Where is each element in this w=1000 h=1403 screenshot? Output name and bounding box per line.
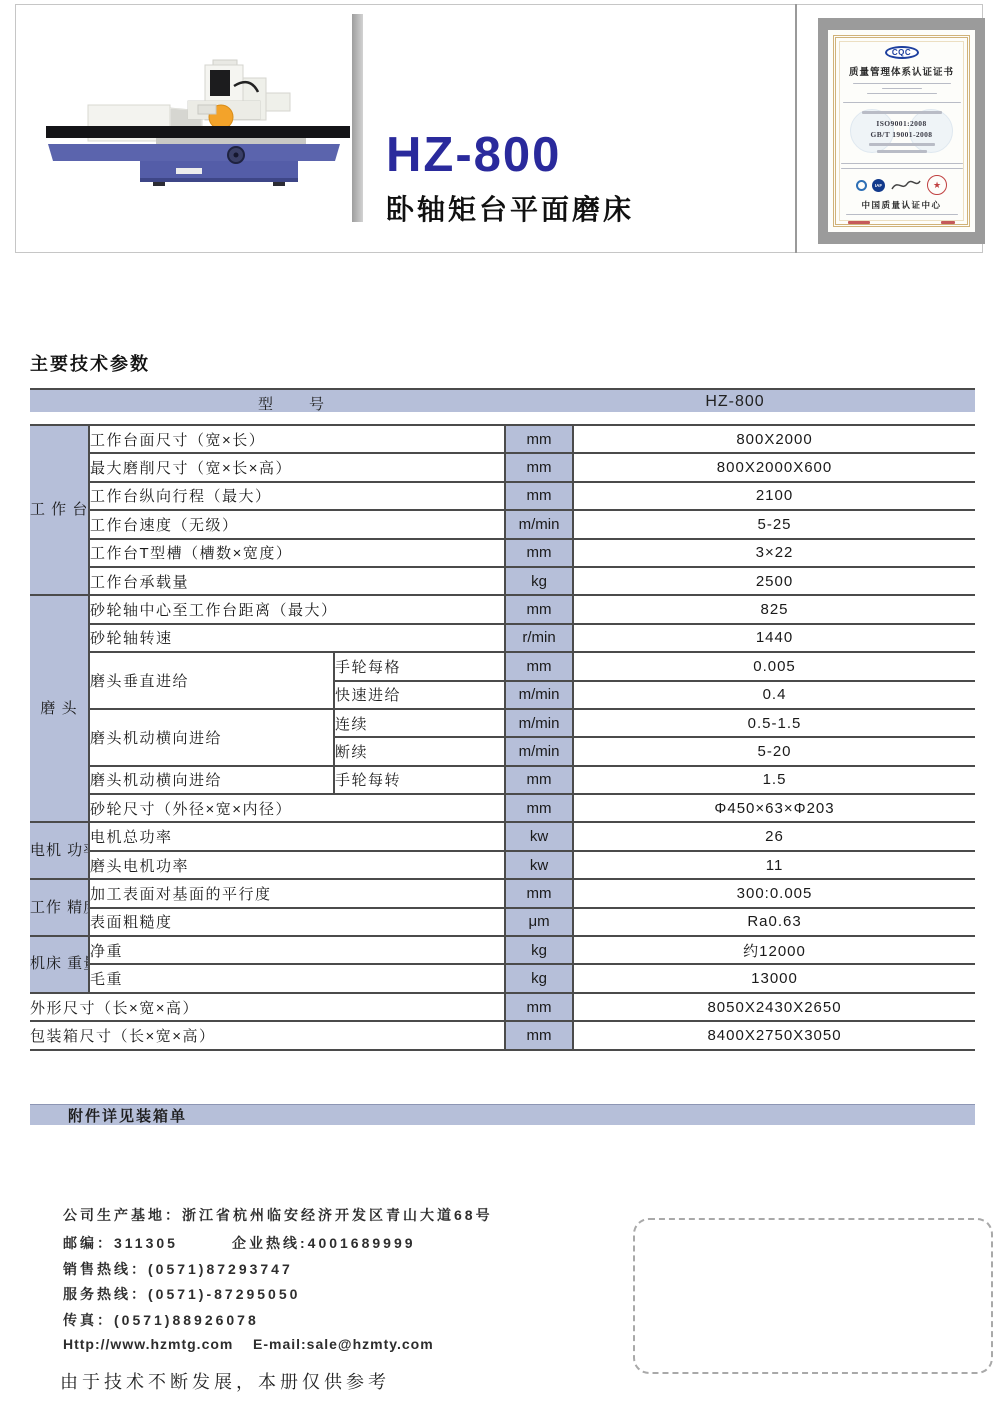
param-subname: 断续 (334, 737, 505, 765)
footer-email: E-mail:sale@hzmty.com (253, 1336, 434, 1352)
certificate-text-blur (867, 93, 937, 94)
param-unit: mm (505, 794, 573, 822)
param-name: 磨头电机功率 (89, 851, 505, 879)
certificate-text-blur (853, 83, 951, 84)
iaf-logo-icon: IAF (872, 179, 885, 192)
param-value: 5-20 (573, 737, 975, 765)
param-name: 外形尺寸（长×宽×高） (30, 993, 505, 1021)
table-row: 工 作 台 工作台面尺寸（宽×长） mm 800X2000 (30, 425, 975, 453)
param-value: 1.5 (573, 766, 975, 794)
param-unit: m/min (505, 681, 573, 709)
table-row: 最大磨削尺寸（宽×长×高） mm 800X2000X600 (30, 453, 975, 481)
param-value: 5-25 (573, 510, 975, 538)
table-row: 磨头电机功率 kw 11 (30, 851, 975, 879)
certificate-paper: CQC 质量管理体系认证证书 ISO9001:2008 GB/T 19001-2… (828, 30, 975, 232)
certificate-text-blur (862, 111, 942, 114)
param-unit: mm (505, 425, 573, 453)
param-value: 0.5-1.5 (573, 709, 975, 737)
param-subname: 快速进给 (334, 681, 505, 709)
spec-table: 工 作 台 工作台面尺寸（宽×长） mm 800X2000 最大磨削尺寸（宽×长… (30, 424, 975, 1051)
table-row: 工作台纵向行程（最大） mm 2100 (30, 482, 975, 510)
param-name: 毛重 (89, 964, 505, 992)
param-unit: mm (505, 766, 573, 794)
certificate-ornate-border: CQC 质量管理体系认证证书 ISO9001:2008 GB/T 19001-2… (833, 35, 970, 227)
param-value: 2100 (573, 482, 975, 510)
param-unit: kg (505, 936, 573, 964)
certificate-text-blur (877, 150, 927, 153)
param-value: 26 (573, 822, 975, 850)
param-name: 砂轮轴转速 (89, 624, 505, 652)
param-name: 砂轮尺寸（外径×宽×内径） (89, 794, 505, 822)
param-name: 砂轮轴中心至工作台距离（最大） (89, 595, 505, 623)
certificate-text-blur (846, 214, 958, 215)
param-value: 13000 (573, 964, 975, 992)
param-name: 最大磨削尺寸（宽×长×高） (89, 453, 505, 481)
accessories-note: 附件详见装箱单 (30, 1105, 187, 1126)
param-value: 825 (573, 595, 975, 623)
param-unit: μm (505, 908, 573, 936)
group-label: 工作 精度 (30, 879, 89, 936)
page-subtitle: 卧轴矩台平面磨床 (386, 188, 634, 228)
model-value: HZ-800 (630, 393, 840, 411)
certificate-standard-1: ISO9001:2008 (876, 119, 926, 128)
param-unit: mm (505, 879, 573, 907)
group-label: 工 作 台 (30, 425, 89, 595)
certificate-logo-row: IAF ★ (856, 175, 947, 195)
param-name: 工作台承载量 (89, 567, 505, 595)
param-value: 0.4 (573, 681, 975, 709)
param-unit: mm (505, 482, 573, 510)
certificate-serial-blur (848, 221, 870, 224)
param-value: 800X2000 (573, 425, 975, 453)
certificate-standard-2: GB/T 19001-2008 (871, 130, 933, 139)
model-header-bar: 型 号 HZ-800 (30, 388, 975, 412)
param-value: 0.005 (573, 652, 975, 680)
param-subname: 手轮每格 (334, 652, 505, 680)
footer-company-base: 公司生产基地：浙江省杭州临安经济开发区青山大道68号 (63, 1205, 493, 1225)
param-value: Φ450×63×Φ203 (573, 794, 975, 822)
certificate-panel: CQC 质量管理体系认证证书 ISO9001:2008 GB/T 19001-2… (818, 18, 985, 244)
param-name: 包装箱尺寸（长×宽×高） (30, 1021, 505, 1049)
param-name: 磨头机动横向进给 (89, 766, 334, 794)
certificate-text-blur (882, 88, 922, 89)
certificate-text-blur (841, 163, 963, 164)
table-row: 工作台承载量 kg 2500 (30, 567, 975, 595)
param-unit: mm (505, 595, 573, 623)
table-row: 机床 重量 净重 kg 约12000 (30, 936, 975, 964)
cnas-logo-icon (856, 180, 867, 191)
footer-hotline: 企业热线:4001689999 (232, 1233, 416, 1253)
image-title-divider-bar (352, 14, 363, 222)
signature-icon (890, 178, 922, 193)
table-row: 工作 精度 加工表面对基面的平行度 mm 300:0.005 (30, 879, 975, 907)
param-value: Ra0.63 (573, 908, 975, 936)
param-name: 净重 (89, 936, 505, 964)
param-value: 2500 (573, 567, 975, 595)
title-block: HZ-800 卧轴矩台平面磨床 (386, 130, 634, 228)
footer-disclaimer: 由于技术不断发展，本册仅供参考 (60, 1368, 390, 1394)
param-value: 8400X2750X3050 (573, 1021, 975, 1049)
param-value: 800X2000X600 (573, 453, 975, 481)
param-unit: kg (505, 964, 573, 992)
param-unit: m/min (505, 737, 573, 765)
param-unit: mm (505, 1021, 573, 1049)
param-value: 8050X2430X2650 (573, 993, 975, 1021)
certificate-issuer: 中国质量认证中心 (861, 199, 941, 211)
footer-sales-hotline: 销售热线：(0571)87293747 (63, 1259, 293, 1279)
param-unit: mm (505, 652, 573, 680)
table-row: 电机 功率 电机总功率 kw 26 (30, 822, 975, 850)
param-unit: kg (505, 567, 573, 595)
certificate-footnotes (848, 221, 955, 224)
footer-website: Http://www.hzmtg.com (63, 1336, 233, 1352)
certificate-title: 质量管理体系认证证书 (849, 64, 954, 78)
table-row: 磨头垂直进给 手轮每格 mm 0.005 (30, 652, 975, 680)
param-name: 工作台T型槽（槽数×宽度） (89, 539, 505, 567)
param-value: 约12000 (573, 936, 975, 964)
certificate-serial-blur (941, 221, 955, 224)
param-name: 表面粗糙度 (89, 908, 505, 936)
table-row: 表面粗糙度 μm Ra0.63 (30, 908, 975, 936)
table-row: 砂轮轴转速 r/min 1440 (30, 624, 975, 652)
page-title: HZ-800 (386, 130, 634, 181)
param-value: 3×22 (573, 539, 975, 567)
table-row: 工作台速度（无级） m/min 5-25 (30, 510, 975, 538)
header-vertical-divider (795, 4, 797, 253)
section-heading: 主要技术参数 (30, 350, 150, 376)
footer-fax: 传真：(0571)88926078 (63, 1310, 259, 1330)
table-row: 磨头机动横向进给 连续 m/min 0.5-1.5 (30, 709, 975, 737)
param-subname: 连续 (334, 709, 505, 737)
table-row: 磨头机动横向进给 手轮每转 mm 1.5 (30, 766, 975, 794)
group-label: 机床 重量 (30, 936, 89, 993)
model-label: 型 号 (258, 393, 326, 414)
cqc-logo-icon: CQC (885, 46, 919, 59)
param-value: 1440 (573, 624, 975, 652)
param-unit: m/min (505, 510, 573, 538)
red-seal-icon: ★ (927, 175, 947, 195)
machine-photo (38, 58, 350, 190)
param-name: 磨头机动横向进给 (89, 709, 334, 766)
accessories-note-bar: 附件详见装箱单 (30, 1104, 975, 1125)
param-unit: mm (505, 453, 573, 481)
table-row: 磨 头 砂轮轴中心至工作台距离（最大） mm 825 (30, 595, 975, 623)
group-label: 磨 头 (30, 595, 89, 822)
param-name: 工作台面尺寸（宽×长） (89, 425, 505, 453)
param-unit: r/min (505, 624, 573, 652)
param-name: 加工表面对基面的平行度 (89, 879, 505, 907)
param-unit: mm (505, 993, 573, 1021)
param-name: 工作台纵向行程（最大） (89, 482, 505, 510)
param-value: 11 (573, 851, 975, 879)
param-subname: 手轮每转 (334, 766, 505, 794)
table-row: 毛重 kg 13000 (30, 964, 975, 992)
certificate-text-blur (869, 143, 935, 146)
table-row: 砂轮尺寸（外径×宽×内径） mm Φ450×63×Φ203 (30, 794, 975, 822)
param-unit: kw (505, 851, 573, 879)
footer-postcode: 邮编：311305 (63, 1233, 178, 1253)
param-unit: mm (505, 539, 573, 567)
param-name: 工作台速度（无级） (89, 510, 505, 538)
footer-service-hotline: 服务热线：(0571)-87295050 (63, 1284, 300, 1304)
table-row: 工作台T型槽（槽数×宽度） mm 3×22 (30, 539, 975, 567)
param-value: 300:0.005 (573, 879, 975, 907)
table-row: 外形尺寸（长×宽×高） mm 8050X2430X2650 (30, 993, 975, 1021)
certificate-text-blur (841, 168, 963, 169)
table-row: 包装箱尺寸（长×宽×高） mm 8400X2750X3050 (30, 1021, 975, 1049)
param-name: 电机总功率 (89, 822, 505, 850)
notes-dashed-box (633, 1218, 993, 1374)
param-unit: kw (505, 822, 573, 850)
group-label: 电机 功率 (30, 822, 89, 879)
param-unit: m/min (505, 709, 573, 737)
param-name: 磨头垂直进给 (89, 652, 334, 709)
